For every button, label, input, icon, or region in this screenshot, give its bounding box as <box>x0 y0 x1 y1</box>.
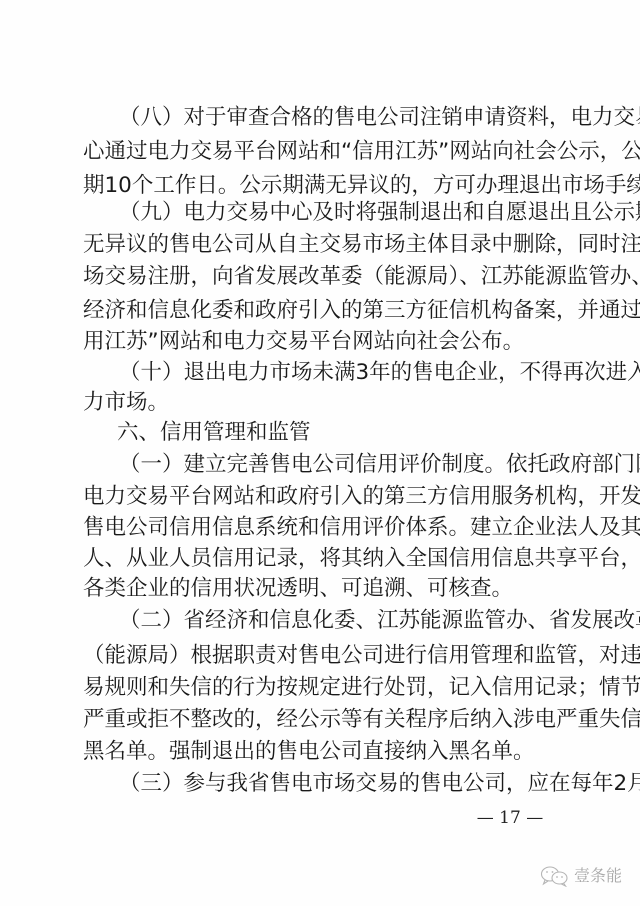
paragraph-8-line-1: （八）对于审查合格的售电公司注销申请资料，电力交易中 <box>119 103 557 133</box>
paragraph-9-line-5: 用江苏”网站和电力交易平台网站向社会公布。 <box>83 327 557 357</box>
paragraph-6-2-line-2: （能源局）根据职责对售电公司进行信用管理和监管，对违反交 <box>83 641 557 671</box>
page-number: — 17 — <box>470 805 550 831</box>
paragraph-6-2-line-4: 严重或拒不整改的，经公示等有关程序后纳入涉电严重失信企业 <box>83 705 557 735</box>
paragraph-6-1-line-1: （一）建立完善售电公司信用评价制度。依托政府部门网站、 <box>119 450 557 480</box>
watermark-text: 壹条能 <box>574 864 622 888</box>
paragraph-6-1-line-2: 电力交易平台网站和政府引入的第三方信用服务机构，开发建设 <box>83 482 557 512</box>
paragraph-8-line-3: 期10个工作日。公示期满无异议的，方可办理退出市场手续。 <box>83 171 557 201</box>
paragraph-9-line-1: （九）电力交易中心及时将强制退出和自愿退出且公示期满 <box>119 198 557 228</box>
paragraph-6-1-line-5: 各类企业的信用状况透明、可追溯、可核查。 <box>83 574 557 604</box>
document-page: （八）对于审查合格的售电公司注销申请资料，电力交易中 心通过电力交易平台网站和“… <box>0 0 640 906</box>
paragraph-9-line-2: 无异议的售电公司从自主交易市场主体目录中删除，同时注销市 <box>83 230 557 260</box>
paragraph-6-2-line-5: 黑名单。强制退出的售电公司直接纳入黑名单。 <box>83 737 557 767</box>
paragraph-8-line-2: 心通过电力交易平台网站和“信用江苏”网站向社会公示，公示 <box>83 137 557 167</box>
paragraph-10-line-2: 力市场。 <box>83 388 557 418</box>
wechat-icon <box>540 865 570 887</box>
paragraph-6-1-line-4: 人、从业人员信用记录，将其纳入全国信用信息共享平台，确保 <box>83 544 557 574</box>
section-heading-6: 六、信用管理和监管 <box>117 418 317 448</box>
paragraph-9-line-4: 经济和信息化委和政府引入的第三方征信机构备案，并通过“信 <box>83 296 557 326</box>
paragraph-6-3-line-1: （三）参与我省售电市场交易的售电公司，应在每年2月底 <box>119 769 557 799</box>
paragraph-9-line-3: 场交易注册，向省发展改革委（能源局）、江苏能源监管办、省 <box>83 262 557 292</box>
paragraph-6-1-line-3: 售电公司信用信息系统和信用评价体系。建立企业法人及其负责 <box>83 513 557 543</box>
paragraph-10-line-1: （十）退出电力市场未满3年的售电企业，不得再次进入电 <box>119 358 557 388</box>
paragraph-6-2-line-1: （二）省经济和信息化委、江苏能源监管办、省发展改革委 <box>119 606 557 636</box>
paragraph-6-2-line-3: 易规则和失信的行为按规定进行处罚，记入信用记录；情节特别 <box>83 673 557 703</box>
watermark: 壹条能 <box>540 864 622 888</box>
